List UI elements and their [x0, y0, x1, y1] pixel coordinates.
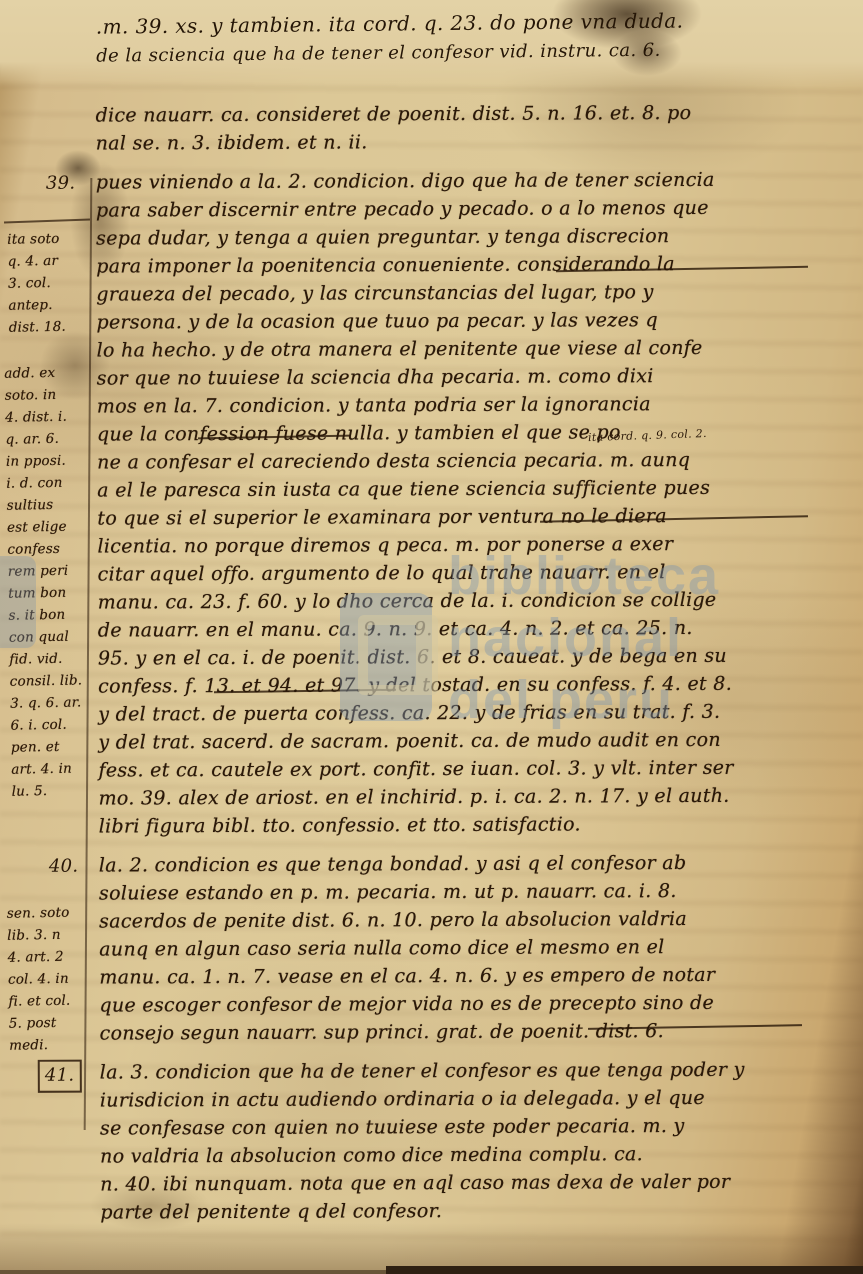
margin-note-line: consil. lib. [10, 669, 94, 692]
paragraph-number: 40. [49, 853, 79, 881]
manuscript-line: licentia. no porque diremos q peca. m. p… [97, 529, 809, 560]
margin-note-line: q. 4. ar [7, 249, 91, 272]
manuscript-line: persona. y de la ocasion que tuuo pa pec… [96, 305, 808, 336]
manuscript-line: la. 2. condicion es que tenga bondad. y … [99, 848, 811, 879]
paragraph: 40.la. 2. condicion es que tenga bondad.… [99, 848, 812, 1047]
margin-note-line: 4. dist. i. [5, 405, 89, 428]
manuscript-line: lo ha hecho. y de otra manera el peniten… [97, 333, 809, 364]
margin-note-line: rem peri [8, 559, 92, 582]
manuscript-line: y del trat. sacerd. de sacram. poenit. c… [98, 725, 810, 756]
margin-note-line: sultius [6, 493, 90, 516]
margin-note-line: 4. art. 2 [7, 945, 91, 968]
manuscript-line: que escoger confesor de mejor vida no es… [99, 988, 811, 1019]
manuscript-line: consejo segun nauarr. sup princi. grat. … [100, 1016, 812, 1047]
margin-note-line: lu. 5. [11, 779, 95, 802]
margin-note-line: col. 4. in [8, 967, 92, 990]
margin-citation-group: sen. sotolib. 3. n4. art. 2col. 4. infi.… [7, 901, 94, 1056]
margin-note-line: q. ar. 6. [5, 427, 89, 450]
manuscript-line: dice nauarr. ca. consideret de poenit. d… [96, 98, 808, 129]
manuscript-line: mo. 39. alex de ariost. en el inchirid. … [99, 781, 811, 812]
paragraph: 41.la. 3. condicion que ha de tener el c… [100, 1055, 813, 1226]
manuscript-line: n. 40. ibi nunquam. nota que en aql caso… [100, 1167, 812, 1198]
margin-note-line: lib. 3. n [7, 923, 91, 946]
manuscript-line: parte del penitente q del confesor. [100, 1195, 812, 1226]
manuscript-line: a el le paresca sin iusta ca que tiene s… [97, 473, 809, 504]
manuscript-line: to que si el superior le examinara por v… [97, 501, 809, 532]
manuscript-page: .m. 39. xs. y tambien. ita cord. q. 23. … [0, 0, 863, 1274]
margin-note-line: 5. post [9, 1011, 93, 1034]
manuscript-line: de nauarr. en el manu. ca. 9. n. 9. et c… [98, 613, 810, 644]
paragraph: dice nauarr. ca. consideret de poenit. d… [96, 98, 808, 157]
margin-note-line: soto. in [5, 383, 89, 406]
manuscript-line: nal se. n. 3. ibidem. et n. ii. [96, 126, 808, 157]
margin-note-line: 3. col. [8, 271, 92, 294]
manuscript-line: libri figura bibl. tto. confessio. et tt… [99, 809, 811, 840]
margin-note-line: i. d. con [6, 471, 90, 494]
header-note: .m. 39. xs. y tambien. ita cord. q. 23. … [96, 4, 797, 71]
manuscript-line: la. 3. condicion que ha de tener el conf… [100, 1055, 812, 1086]
manuscript-line: iurisdicion in actu audiendo ordinaria o… [100, 1083, 812, 1114]
manuscript-body: dice nauarr. ca. consideret de poenit. d… [96, 98, 813, 1226]
margin-note-line: in pposi. [6, 449, 90, 472]
margin-note-line: 3. q. 6. ar. [10, 691, 94, 714]
next-page-sliver [386, 1266, 863, 1274]
margin-note-line: add. ex [4, 361, 88, 384]
manuscript-line: sacerdos de penite dist. 6. n. 10. pero … [99, 904, 811, 935]
margin-note-line: est elige [7, 515, 91, 538]
margin-note-line: fi. et col. [8, 989, 92, 1012]
manuscript-line: no valdria la absolucion como dice medin… [100, 1139, 812, 1170]
manuscript-line: confess. f. 13. et 94. et 97. y del tost… [98, 669, 810, 700]
margin-note-line: medi. [9, 1033, 93, 1056]
margin-note-line: tum bon [8, 581, 92, 604]
manuscript-line: para imponer la poenitencia conueniente.… [96, 249, 808, 280]
manuscript-line: graueza del pecado, y las circunstancias… [96, 277, 808, 308]
manuscript-line: pues viniendo a la. 2. condicion. digo q… [96, 165, 808, 196]
margin-note-line: sen. soto [7, 901, 91, 924]
manuscript-line: se confesase con quien no tuuiese este p… [100, 1111, 812, 1142]
manuscript-line: manu. ca. 23. f. 60. y lo dho cerca de l… [98, 585, 810, 616]
manuscript-line: soluiese estando en p. m. pecaria. m. ut… [99, 876, 811, 907]
paragraph: 39.pues viniendo a la. 2. condicion. dig… [96, 165, 811, 840]
manuscript-line: sor que no tuuiese la sciencia dha pecar… [97, 361, 809, 392]
margin-note-line: pen. et [11, 735, 95, 758]
margin-note-line: art. 4. in [11, 757, 95, 780]
manuscript-line: para saber discernir entre pecado y peca… [96, 193, 808, 224]
manuscript-line: aunq en algun caso seria nulla como dice… [99, 932, 811, 963]
manuscript-line: fess. et ca. cautele ex port. confit. se… [98, 753, 810, 784]
paragraph-number: 39. [46, 170, 76, 198]
margin-note-line: antep. [8, 293, 92, 316]
margin-rule-horizontal [4, 218, 90, 223]
manuscript-line: 95. y en el ca. i. de poenit. dist. 6. e… [98, 641, 810, 672]
manuscript-line: sepa dudar, y tenga a quien preguntar. y… [96, 221, 808, 252]
margin-note-line: confess [7, 537, 91, 560]
margin-note-line: dist. 18. [9, 315, 93, 338]
manuscript-line: mos en la. 7. condicion. y tanta podria … [97, 389, 809, 420]
margin-note-line: fid. vid. [9, 647, 93, 670]
margin-note-line: ita soto [7, 227, 91, 250]
margin-citation-group: add. exsoto. in4. dist. i.q. ar. 6.in pp… [4, 361, 96, 802]
manuscript-line: manu. ca. 1. n. 7. vease en el ca. 4. n.… [99, 960, 811, 991]
margin-note-line: 6. i. col. [10, 713, 94, 736]
margin-citation-group: ita sotoq. 4. ar3. col.antep.dist. 18. [7, 227, 93, 338]
margin-note-line: con qual [9, 625, 93, 648]
margin-note-line: s. it bon [8, 603, 92, 626]
manuscript-line: ne a confesar el careciendo desta scienc… [97, 445, 809, 476]
paragraph-number: 41. [38, 1060, 82, 1093]
manuscript-line: citar aquel offo. argumento de lo qual t… [98, 557, 810, 588]
manuscript-line: y del tract. de puerta confess. ca. 22. … [98, 697, 810, 728]
